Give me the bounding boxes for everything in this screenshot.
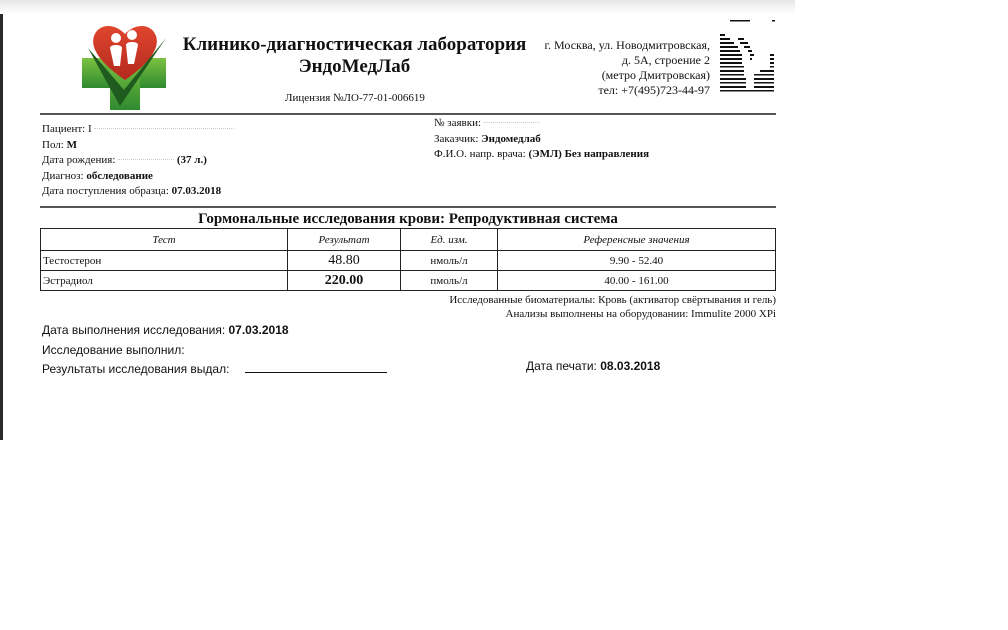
page-top-shadow xyxy=(0,0,795,14)
completion-date-row: Дата выполнения исследования: 07.03.2018 xyxy=(42,321,387,341)
sample-date-label: Дата поступления образца: xyxy=(42,185,169,197)
header-divider xyxy=(40,113,776,115)
column-header-test: Тест xyxy=(41,229,288,251)
patient-label: Пациент: xyxy=(42,123,85,135)
test-result: 48.80 xyxy=(288,251,401,271)
issued-by-row: Результаты исследования выдал: xyxy=(42,360,387,380)
test-name: Тестостерон xyxy=(41,251,288,271)
birth-date-label: Дата рождения: xyxy=(42,154,115,166)
qr-code-icon xyxy=(720,18,776,98)
patient-value: I xyxy=(88,123,92,135)
license-number: Лицензия №ЛО-77-01-006619 xyxy=(285,92,425,104)
results-table: Тест Результат Ед. изм. Референсные знач… xyxy=(40,228,776,291)
address-phone: тел: +7(495)723-44-97 xyxy=(525,83,710,98)
order-number-label: № заявки: xyxy=(434,117,481,129)
patient-name-row: Пациент: I xyxy=(42,122,234,138)
redacted-text xyxy=(484,122,540,125)
print-date-value: 08.03.2018 xyxy=(600,359,660,373)
section-title: Гормональные исследования крови: Репроду… xyxy=(40,211,776,228)
customer-row: Заказчик: Эндомедлаб xyxy=(434,132,649,148)
birth-date-row: Дата рождения: (37 л.) xyxy=(42,153,234,169)
sample-date-value: 07.03.2018 xyxy=(172,185,222,197)
biomaterial-note: Исследованные биоматериалы: Кровь (актив… xyxy=(449,293,776,307)
address-line: (метро Дмитровская) xyxy=(525,68,710,83)
customer-value: Эндомедлаб xyxy=(481,133,541,145)
customer-label: Заказчик: xyxy=(434,133,478,145)
info-divider xyxy=(40,206,776,208)
sex-row: Пол: М xyxy=(42,138,234,154)
diagnosis-label: Диагноз: xyxy=(42,170,84,182)
diagnosis-value: обследование xyxy=(86,170,153,182)
table-row: Эстрадиол 220.00 пмоль/л 40.00 - 161.00 xyxy=(41,271,776,291)
lab-address: г. Москва, ул. Новодмитровская, д. 5А, с… xyxy=(525,38,710,98)
redacted-text xyxy=(94,128,234,131)
column-header-unit: Ед. изм. xyxy=(401,229,498,251)
test-unit: пмоль/л xyxy=(401,271,498,291)
doctor-row: Ф.И.О. напр. врача: (ЭМЛ) Без направлени… xyxy=(434,147,649,163)
doctor-value: (ЭМЛ) Без направления xyxy=(528,148,649,160)
performed-by-row: Исследование выполнил: xyxy=(42,341,387,361)
lab-title: Клинико-диагностическая лаборатория Эндо… xyxy=(182,34,527,78)
doctor-label: Ф.И.О. напр. врача: xyxy=(434,148,526,160)
address-line: г. Москва, ул. Новодмитровская, xyxy=(525,38,710,53)
column-header-result: Результат xyxy=(288,229,401,251)
sex-value: М xyxy=(67,139,77,151)
test-reference: 9.90 - 52.40 xyxy=(498,251,776,271)
order-number-row: № заявки: xyxy=(434,116,649,132)
lab-title-line1: Клинико-диагностическая лаборатория xyxy=(182,34,527,56)
sex-label: Пол: xyxy=(42,139,64,151)
test-reference: 40.00 - 161.00 xyxy=(498,271,776,291)
print-date-label: Дата печати: xyxy=(526,359,597,373)
test-name: Эстрадиол xyxy=(41,271,288,291)
test-result-flagged: 220.00 xyxy=(288,271,401,291)
column-header-reference: Референсные значения xyxy=(498,229,776,251)
table-row: Тестостерон 48.80 нмоль/л 9.90 - 52.40 xyxy=(41,251,776,271)
signature-line xyxy=(245,361,387,373)
print-date: Дата печати: 08.03.2018 xyxy=(526,359,660,373)
patient-info: Пациент: I Пол: М Дата рождения: (37 л.)… xyxy=(42,122,234,200)
analysis-notes: Исследованные биоматериалы: Кровь (актив… xyxy=(449,293,776,321)
lab-title-line2: ЭндоМедЛаб xyxy=(182,56,527,78)
table-header-row: Тест Результат Ед. изм. Референсные знач… xyxy=(41,229,776,251)
test-unit: нмоль/л xyxy=(401,251,498,271)
address-line: д. 5А, строение 2 xyxy=(525,53,710,68)
equipment-note: Анализы выполнены на оборудовании: Immul… xyxy=(449,307,776,321)
window-left-edge xyxy=(0,0,3,440)
issued-by-label: Результаты исследования выдал: xyxy=(42,362,229,376)
sample-date-row: Дата поступления образца: 07.03.2018 xyxy=(42,184,234,200)
heart-family-cross-logo-icon xyxy=(80,18,170,110)
redacted-text xyxy=(118,159,174,162)
completion-date-label: Дата выполнения исследования: xyxy=(42,323,225,337)
report-footer: Дата выполнения исследования: 07.03.2018… xyxy=(42,321,387,380)
age-value: (37 л.) xyxy=(177,154,207,166)
diagnosis-row: Диагноз: обследование xyxy=(42,169,234,185)
performed-by-label: Исследование выполнил: xyxy=(42,343,185,357)
completion-date-value: 07.03.2018 xyxy=(229,323,289,337)
order-info: № заявки: Заказчик: Эндомедлаб Ф.И.О. на… xyxy=(434,116,649,163)
